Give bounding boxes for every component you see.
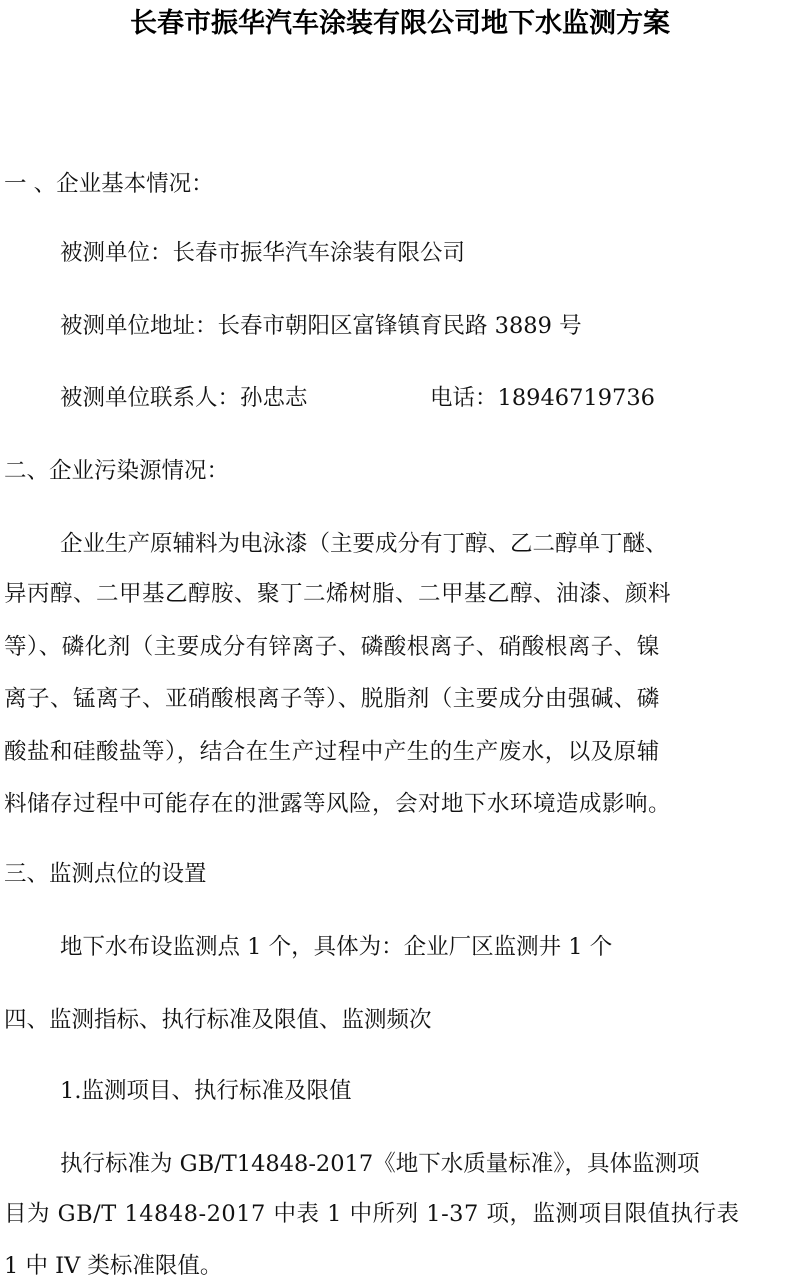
section-4-1-paragraph-line: 1 中 IV 类标准限值。 [4,1250,222,1282]
unit-phone: 电话：18946719736 [430,382,655,414]
section-3-heading: 三、监测点位的设置 [4,858,207,890]
document-title: 长春市振华汽车涂装有限公司地下水监测方案 [0,4,800,44]
section-2-paragraph-line: 离子、锰离子、亚硝酸根离子等）、脱脂剂（主要成分由强碱、磷 [4,683,796,715]
section-2-paragraph-line: 等）、磷化剂（主要成分有锌离子、磷酸根离子、硝酸根离子、镍 [4,631,796,663]
section-3-body: 地下水布设监测点 1 个，具体为：企业厂区监测井 1 个 [60,931,612,963]
section-4-1-paragraph-line: 目为 GB/T 14848-2017 中表 1 中所列 1-37 项，监测项目限… [4,1198,796,1230]
section-2-paragraph-line: 企业生产原辅料为电泳漆（主要成分有丁醇、乙二醇单丁醚、 [60,528,668,560]
section-4-1-paragraph-line: 执行标准为 GB/T14848-2017《地下水质量标准》，具体监测项 [60,1148,699,1180]
monitored-unit: 被测单位：长春市振华汽车涂装有限公司 [60,237,465,269]
section-4-1-heading: 1.监测项目、执行标准及限值 [60,1075,351,1107]
section-2-paragraph-line: 异丙醇、二甲基乙醇胺、聚丁二烯树脂、二甲基乙醇、油漆、颜料 [4,578,796,610]
unit-contact: 被测单位联系人：孙忠志 [60,382,308,414]
section-2-paragraph-line: 酸盐和硅酸盐等），结合在生产过程中产生的生产废水，以及原辅 [4,736,796,768]
section-2-heading: 二、企业污染源情况： [4,455,229,487]
unit-address: 被测单位地址：长春市朝阳区富锋镇育民路 3889 号 [60,310,582,342]
section-4-heading: 四、监测指标、执行标准及限值、监测频次 [4,1004,432,1036]
section-2-paragraph-line: 料储存过程中可能存在的泄露等风险，会对地下水环境造成影响。 [4,788,796,820]
section-1-heading: 一 、企业基本情况： [4,168,214,200]
